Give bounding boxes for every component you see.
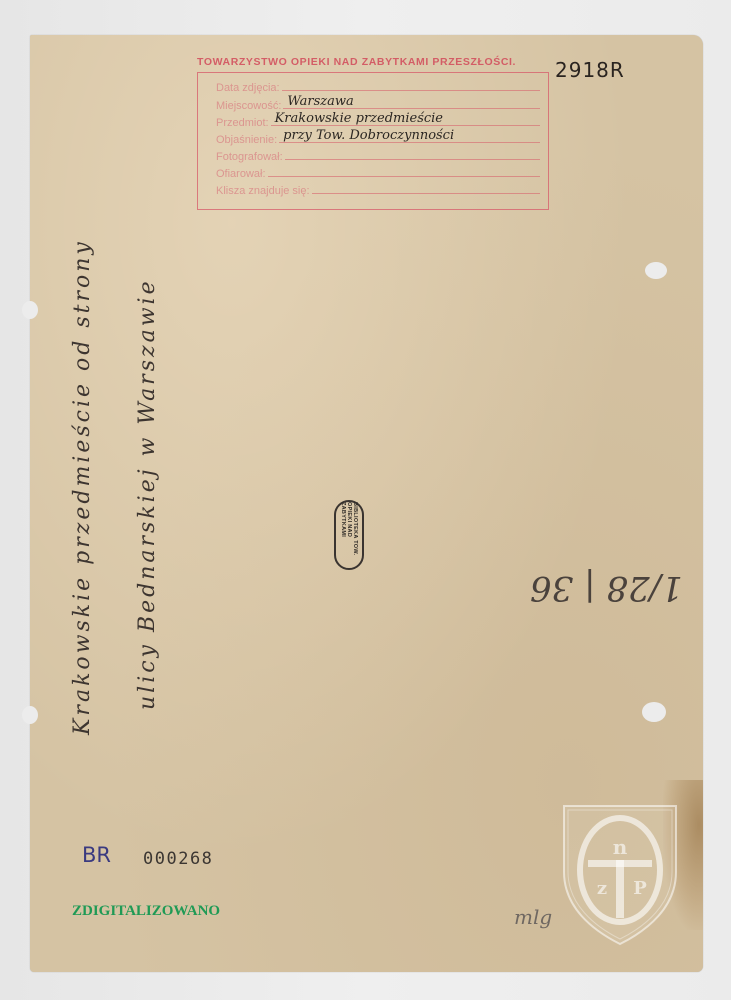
accession-number: 000268 [143,849,213,869]
stamp-line: przy Tow. Dobroczynności [279,142,540,143]
shield-monogram-icon: n z P [560,802,680,947]
stamp-field-donor: Ofiarował: [216,164,540,180]
handwritten-caption-line1: Krakowskie przedmieście od strony [70,239,95,735]
stamp-label: Ofiarował: [216,168,268,180]
stamp-line [285,159,540,160]
stamp-header: TOWARZYSTWO OPIEKI NAD ZABYTKAMI PRZESZŁ… [197,56,552,68]
svg-text:z: z [597,878,607,899]
stamp-label: Przedmiot: [216,117,271,129]
stamp-line [268,176,540,177]
br-mark: BR [82,843,111,867]
pencil-mark: mlg [514,905,552,929]
stamp-label: Miejscowość: [216,100,283,112]
punch-hole-right-top [645,262,667,279]
digitized-label: ZDIGITALIZOWANO [72,903,220,920]
punch-hole-right-bottom [642,702,666,722]
stamp-field-subject: Przedmiot: Krakowskie przedmieście [216,113,540,129]
svg-text:n: n [613,835,628,859]
stamp-value: przy Tow. Dobroczynności [283,128,454,143]
stamp-label: Fotografował: [216,151,285,163]
stamp-field-location: Miejscowość: Warszawa [216,96,540,112]
stamp-value: Warszawa [287,94,353,109]
stamp-label: Objaśnienie: [216,134,279,146]
stamp-line [282,90,540,91]
stamp-line: Krakowskie przedmieście [271,125,540,126]
catalog-number: 2918R [555,58,625,82]
punch-hole-left-top [22,301,38,319]
stamp-field-date: Data zdjęcia: [216,78,540,94]
stamp-field-photographer: Fotografował: [216,147,540,163]
inventory-mark: 1/28 | 36 [530,568,683,608]
stamp-field-negative-location: Klisza znajduje się: [216,181,540,197]
handwritten-caption-line2: ulicy Bednarskiej w Warszawie [135,278,160,710]
stamp-line [312,193,540,194]
library-stamp-text: BIBLIOTEKA TOW. OPIEKI NAD ZABYTKAMI [340,502,358,568]
stamp-value: Krakowskie przedmieście [275,111,443,126]
stamp-field-description: Objaśnienie: przy Tow. Dobroczynności [216,130,540,146]
punch-hole-left-bottom [22,706,38,724]
info-stamp: Data zdjęcia: Miejscowość: Warszawa Prze… [197,72,549,210]
library-oval-stamp: BIBLIOTEKA TOW. OPIEKI NAD ZABYTKAMI [334,500,364,570]
stamp-line: Warszawa [283,108,540,109]
svg-text:P: P [633,878,647,899]
stamp-label: Data zdjęcia: [216,82,282,94]
stamp-label: Klisza znajduje się: [216,185,312,197]
